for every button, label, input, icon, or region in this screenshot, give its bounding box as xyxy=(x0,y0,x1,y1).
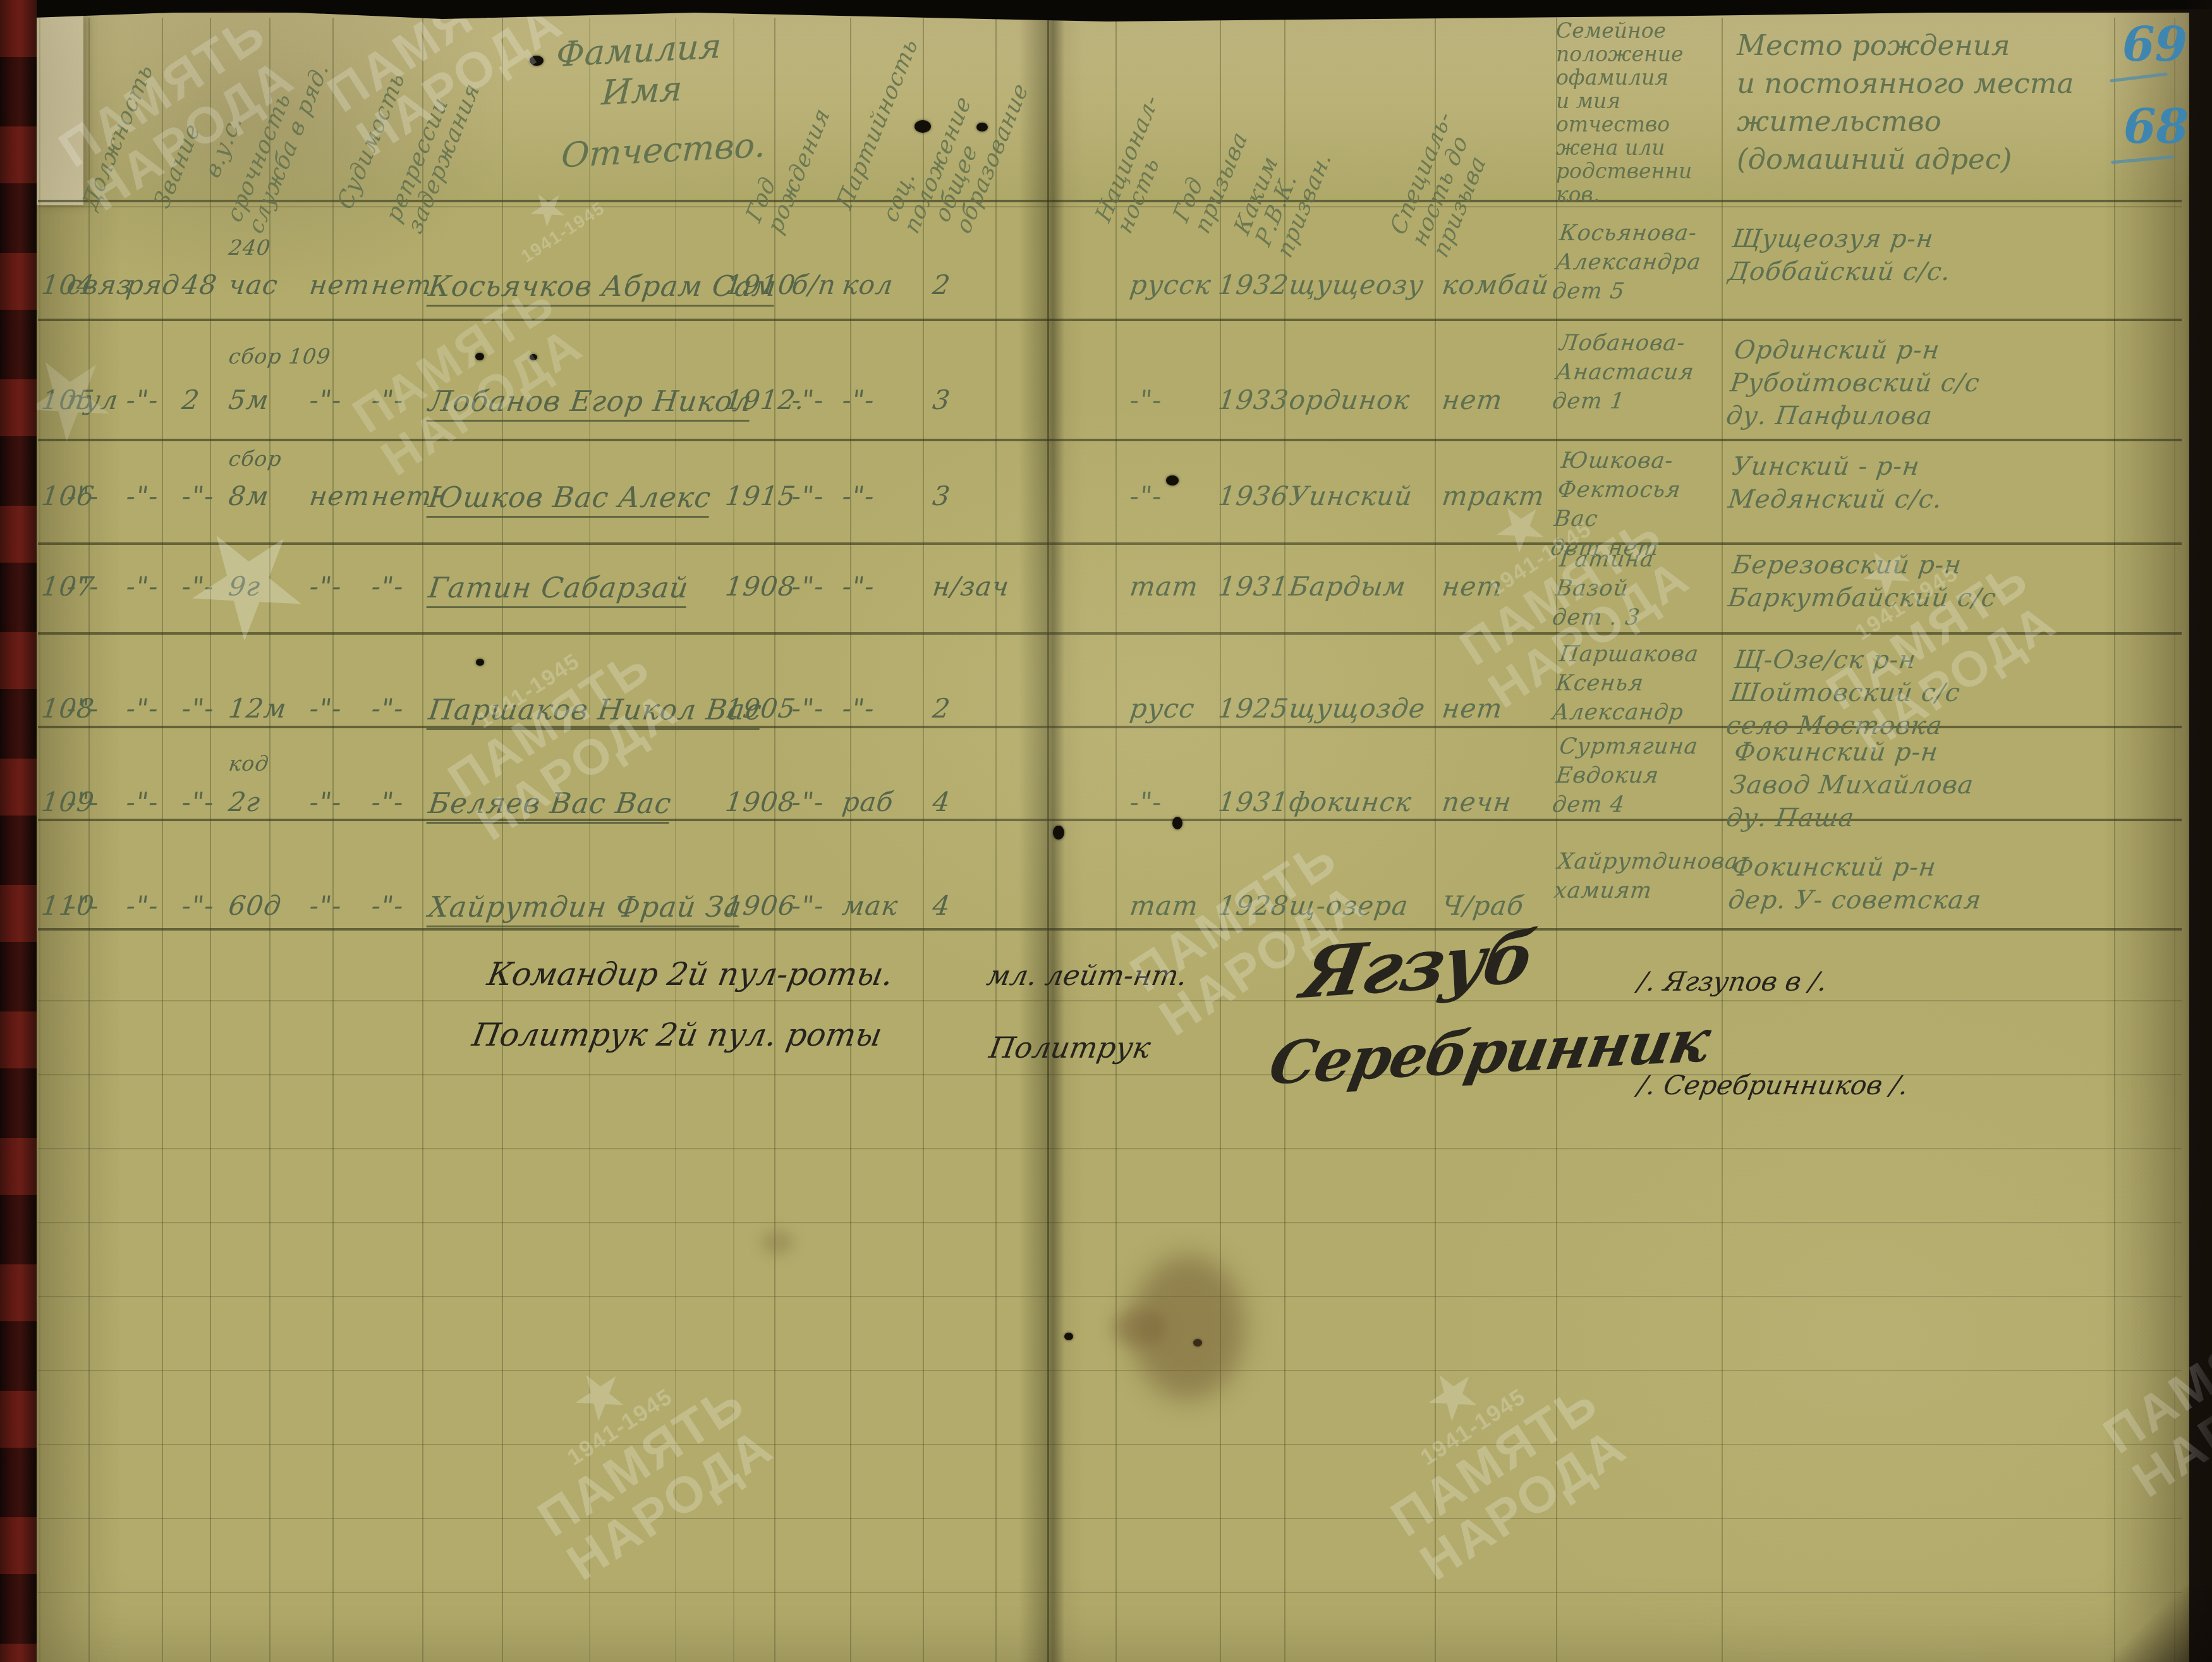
row-110-rank: -"- xyxy=(125,891,160,920)
row-108-birthplace: Щ-Озе/ск р-н Шойтовский с/с село Мостовк… xyxy=(1724,644,1966,742)
footer-commander-signature: Ягзуб xyxy=(1296,915,1541,1014)
row-106-drafted: 1936 xyxy=(1217,482,1291,511)
row-107-social: -"- xyxy=(841,572,876,601)
row-109-spec: печн xyxy=(1440,788,1513,817)
grid-vertical-line xyxy=(2114,18,2115,1662)
row-104-court: нет xyxy=(308,271,372,300)
scan-right-edge xyxy=(2185,0,2212,1662)
row-110-party: -"- xyxy=(790,891,825,920)
row-109-nation: -"- xyxy=(1128,788,1164,817)
row-109-repr: -"- xyxy=(370,788,405,817)
row-107-edu: н/зач xyxy=(931,572,1011,601)
row-108-edu: 2 xyxy=(931,694,952,723)
row-106-spec: тракт xyxy=(1440,482,1546,511)
row-106-party: -"- xyxy=(790,482,825,511)
grid-vertical-line xyxy=(502,18,503,1662)
row-108-social: -"- xyxy=(841,694,876,723)
row-106-rvk: Уинский xyxy=(1287,482,1414,511)
punch-hole xyxy=(530,354,537,360)
row-106-nation: -"- xyxy=(1128,482,1164,511)
row-105-birthplace: Ординский р-н Рубойтовский с/с ду. Панфи… xyxy=(1724,334,1986,432)
grid-vertical-line xyxy=(269,18,270,1662)
row-105-spec: нет xyxy=(1440,386,1504,415)
row-105-term: 5м xyxy=(227,386,270,415)
row-105-note: сбор 109 xyxy=(228,345,332,368)
footer-politruk-role: Политрук 2й пул. роты xyxy=(470,1017,885,1053)
grid-horizontal-line xyxy=(38,1592,2182,1593)
row-109-term: 2г xyxy=(227,788,262,817)
row-109-name: Беляев Вас Вас xyxy=(427,788,674,824)
footer-commander-name: /. Ягзупов в /. xyxy=(1636,966,1830,997)
row-106-note: сбор xyxy=(228,448,283,470)
row-110-rvk: щ-озера xyxy=(1287,891,1410,920)
row-105-name: Лобанов Егор Никол xyxy=(427,386,754,422)
grid-vertical-line xyxy=(774,18,775,1662)
grid-horizontal-line xyxy=(38,1444,2182,1445)
row-104-vus: 48 xyxy=(180,271,219,300)
row-104-term: час xyxy=(227,271,279,300)
row-110-duty: -"- xyxy=(65,891,100,920)
row-110-spec: Ч/раб xyxy=(1440,891,1526,920)
row-109-family: Суртягина Евдокия дет 4 xyxy=(1551,732,1700,819)
row-106-vus: -"- xyxy=(180,482,216,511)
row-107-spec: нет xyxy=(1440,572,1504,601)
sheet-number-69: 69 xyxy=(2122,18,2187,72)
row-110-family: Хайрутдинова хамият xyxy=(1552,847,1741,905)
row-106-repr: нет xyxy=(370,482,434,511)
book-spine xyxy=(0,0,37,1662)
grid-vertical-line xyxy=(675,18,676,1662)
col-header-birthplace: Место рождения и постоянного места жител… xyxy=(1737,27,2110,178)
row-107-drafted: 1931 xyxy=(1217,572,1291,601)
scanned-register-spread: Должность Звание в.у.с. срочность служба… xyxy=(0,0,2212,1662)
grid-horizontal-line xyxy=(38,542,2182,545)
punch-hole xyxy=(475,353,484,360)
row-110-repr: -"- xyxy=(370,891,405,920)
row-108-rank: -"- xyxy=(125,694,160,723)
row-106-birthplace: Уинский - р-н Медянский с/с. xyxy=(1727,450,1948,516)
row-106-term: 8м xyxy=(227,482,270,511)
grid-horizontal-line xyxy=(38,1296,2182,1297)
sheet-number-68: 68 xyxy=(2124,100,2189,154)
row-110-name: Хайрутдин Фрай За xyxy=(427,891,744,927)
row-105-duty: пул xyxy=(65,386,120,415)
row-107-duty: -"- xyxy=(65,572,100,601)
row-109-rvk: фокинск xyxy=(1287,788,1413,817)
row-104-birthplace: Щущеозуя р-н Доббайский с/с. xyxy=(1727,223,1957,288)
grid-horizontal-line xyxy=(38,1222,2182,1223)
row-104-nation: русск xyxy=(1128,271,1213,300)
grid-vertical-line xyxy=(39,18,40,1662)
row-108-spec: нет xyxy=(1440,694,1504,723)
row-104-note: 240 xyxy=(228,236,272,259)
grid-vertical-line xyxy=(589,18,590,1662)
col-header-firstname: Имя xyxy=(600,69,683,113)
grid-horizontal-line xyxy=(38,439,2182,441)
row-110-birthplace: Фокинский р-н дер. У- советская xyxy=(1727,851,1988,917)
row-110-term: 60д xyxy=(227,891,283,920)
row-105-drafted: 1933 xyxy=(1217,386,1291,415)
grid-vertical-line xyxy=(1220,18,1221,1662)
row-107-name: Гатин Сабарзай xyxy=(427,572,691,608)
row-107-vus: -"- xyxy=(180,572,216,601)
row-104-drafted: 1932 xyxy=(1217,271,1291,300)
grid-horizontal-line xyxy=(38,1518,2182,1519)
row-106-duty: -"- xyxy=(65,482,100,511)
page-gutter-shadow xyxy=(1019,13,1085,1662)
row-105-repr: -"- xyxy=(370,386,405,415)
row-107-birthplace: Березовский р-н Баркутбайский с/с xyxy=(1727,549,2002,614)
punch-hole xyxy=(1064,1333,1073,1340)
row-109-court: -"- xyxy=(308,788,343,817)
grid-horizontal-line xyxy=(38,1370,2182,1371)
grid-vertical-line xyxy=(210,18,211,1662)
row-108-born: 1905 xyxy=(724,694,798,723)
row-104-family: Косьянова- Александра дет 5 xyxy=(1551,219,1706,306)
row-110-court: -"- xyxy=(308,891,343,920)
row-105-edu: 3 xyxy=(931,386,952,415)
row-110-nation: тат xyxy=(1128,891,1200,920)
row-110-vus: -"- xyxy=(180,891,216,920)
punch-hole xyxy=(1172,817,1182,829)
grid-horizontal-line xyxy=(38,1148,2182,1149)
row-109-note: код xyxy=(228,752,270,775)
row-109-social: раб xyxy=(841,788,895,817)
row-106-court: нет xyxy=(308,482,372,511)
row-108-duty: -"- xyxy=(65,694,100,723)
row-110-drafted: 1928 xyxy=(1217,891,1291,920)
row-104-rank: ряд xyxy=(125,271,181,300)
page-fold-line xyxy=(1047,13,1049,1662)
row-109-drafted: 1931 xyxy=(1217,788,1291,817)
grid-vertical-line xyxy=(332,18,334,1662)
punch-hole xyxy=(1053,826,1064,840)
row-108-party: -"- xyxy=(790,694,825,723)
row-108-nation: русс xyxy=(1128,694,1196,723)
row-108-court: -"- xyxy=(308,694,343,723)
row-107-repr: -"- xyxy=(370,572,405,601)
scan-corner-shadow xyxy=(2111,1586,2212,1662)
grid-vertical-line xyxy=(88,18,90,1662)
row-106-name: Юшков Вас Алекс xyxy=(427,482,714,518)
row-110-social: мак xyxy=(841,891,900,920)
row-110-edu: 4 xyxy=(931,891,952,920)
row-105-rvk: ординок xyxy=(1287,386,1412,415)
row-104-repr: нет xyxy=(370,271,434,300)
grid-vertical-line xyxy=(1435,18,1436,1662)
grid-vertical-line xyxy=(162,18,163,1662)
row-104-edu: 2 xyxy=(931,271,952,300)
row-109-born: 1908 xyxy=(724,788,798,817)
row-106-social: -"- xyxy=(841,482,876,511)
row-110-born: 1906 xyxy=(724,891,798,920)
grid-horizontal-line xyxy=(38,632,2182,635)
row-107-party: -"- xyxy=(790,572,825,601)
footer-politruk-rank: Политрук xyxy=(987,1030,1153,1065)
row-105-vus: 2 xyxy=(180,386,201,415)
grid-vertical-line xyxy=(850,18,851,1662)
paper-stain xyxy=(1112,1309,1166,1347)
row-108-repr: -"- xyxy=(370,694,405,723)
grid-vertical-line xyxy=(2174,18,2175,1662)
row-107-term: 9г xyxy=(227,572,262,601)
row-107-family: Гатина Вазой дет . 3 xyxy=(1551,545,1656,632)
row-104-party: б/п xyxy=(790,271,838,300)
row-109-duty: -"- xyxy=(65,788,100,817)
punch-hole xyxy=(530,56,544,66)
grid-vertical-line xyxy=(1722,18,1723,1662)
row-104-social: кол xyxy=(841,271,895,300)
grid-vertical-line xyxy=(1284,18,1285,1662)
row-104-duty: связ xyxy=(65,271,133,300)
row-108-name: Паршаков Никол Вас xyxy=(427,694,764,730)
grid-horizontal-line xyxy=(38,1000,2182,1001)
row-107-rank: -"- xyxy=(125,572,160,601)
row-109-edu: 4 xyxy=(931,788,952,817)
row-105-family: Лобанова- Анастасия дет 1 xyxy=(1551,329,1699,416)
row-108-family: Паршакова Ксенья Александр xyxy=(1551,640,1701,727)
row-104-born: 1910 xyxy=(724,271,798,300)
punch-hole xyxy=(476,659,484,666)
punch-hole xyxy=(915,120,931,133)
row-107-rvk: Бардым xyxy=(1287,572,1407,601)
row-106-edu: 3 xyxy=(931,482,952,511)
row-107-court: -"- xyxy=(308,572,343,601)
row-105-court: -"- xyxy=(308,386,343,415)
row-106-rank: -"- xyxy=(125,482,160,511)
row-108-drafted: 1925 xyxy=(1217,694,1291,723)
grid-vertical-line xyxy=(733,18,734,1662)
row-104-spec: комбай xyxy=(1440,271,1551,300)
footer-commander-role: Командир 2й пул-роты. xyxy=(485,956,896,993)
row-104-rvk: щущеозу xyxy=(1287,271,1426,300)
row-106-born: 1915 xyxy=(724,482,798,511)
punch-hole xyxy=(976,123,988,131)
grid-vertical-line xyxy=(995,18,997,1662)
footer-commander-rank: мл. лейт-нт. xyxy=(985,960,1190,992)
col-header-family: Семейное положение офамилия и мия отчест… xyxy=(1556,19,1723,206)
grid-horizontal-line xyxy=(38,928,2182,931)
row-107-nation: тат xyxy=(1128,572,1200,601)
paper-stain xyxy=(762,1230,793,1255)
row-105-rank: -"- xyxy=(125,386,160,415)
row-109-rank: -"- xyxy=(125,788,160,817)
grid-horizontal-line xyxy=(38,319,2182,321)
row-105-party: -"- xyxy=(790,386,825,415)
row-109-birthplace: Фокинский р-н Завод Михайлова ду. Паша xyxy=(1724,736,1979,834)
grid-vertical-line xyxy=(422,18,423,1662)
row-108-term: 12м xyxy=(227,694,288,723)
punch-hole xyxy=(1166,475,1179,486)
row-105-social: -"- xyxy=(841,386,876,415)
row-108-rvk: щущозде xyxy=(1287,694,1427,723)
row-109-vus: -"- xyxy=(180,788,216,817)
row-107-born: 1908 xyxy=(724,572,798,601)
grid-vertical-line xyxy=(923,18,924,1662)
row-109-party: -"- xyxy=(790,788,825,817)
footer-politruk-name: /. Серебринников /. xyxy=(1636,1070,1911,1101)
grid-vertical-line xyxy=(1115,18,1117,1662)
row-108-vus: -"- xyxy=(180,694,216,723)
underlying-page-edge xyxy=(37,15,83,205)
row-105-nation: -"- xyxy=(1128,386,1164,415)
